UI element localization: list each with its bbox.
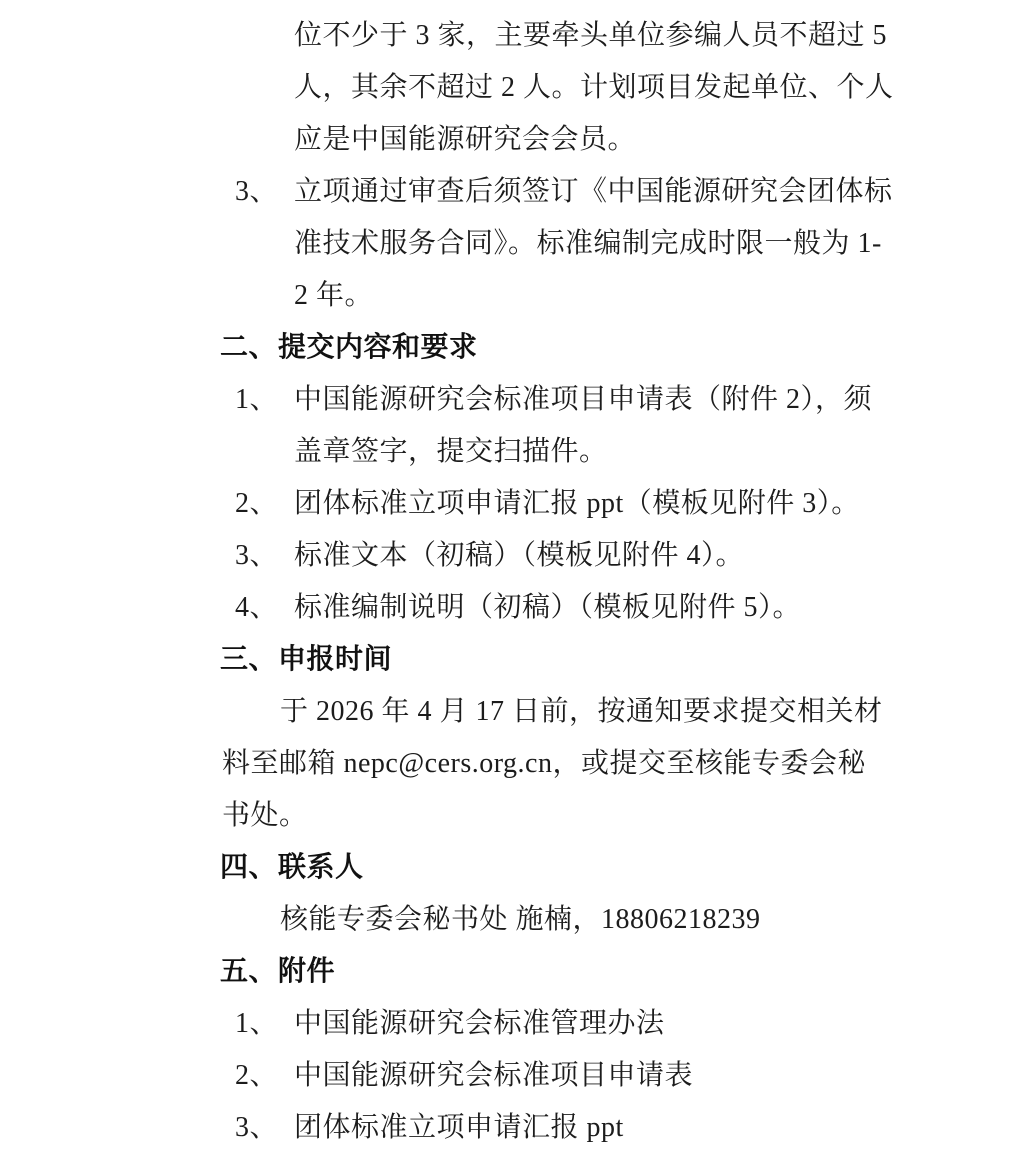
list-item-text: 团体标准立项申请汇报 ppt（模板见附件 3）。 <box>294 488 860 519</box>
attachment-number: 2、 <box>235 1050 294 1102</box>
list-item: 3、标准文本（初稿）（模板见附件 4）。 <box>0 530 1018 582</box>
attachment-number: 1、 <box>235 998 294 1050</box>
paragraph-line: 人，其余不超过 2 人。计划项目发起单位、个人 <box>0 62 1018 114</box>
paragraph-line: 位不少于 3 家，主要牵头单位参编人员不超过 5 <box>0 10 1018 62</box>
section-2-number: 二、 <box>220 322 278 374</box>
section-5-number: 五、 <box>220 946 278 998</box>
section-4-title: 联系人 <box>278 852 364 883</box>
list-item-continuation: 准技术服务合同》。标准编制完成时限一般为 1- <box>0 218 1018 270</box>
attachment-text: 中国能源研究会标准管理办法 <box>294 1008 665 1039</box>
attachment-item: 2、中国能源研究会标准项目申请表 <box>0 1050 1018 1102</box>
list-item-continuation: 2 年。 <box>0 270 1018 322</box>
attachment-number: 3、 <box>235 1102 294 1154</box>
list-item: 4、标准编制说明（初稿）（模板见附件 5）。 <box>0 582 1018 634</box>
section-5-title: 附件 <box>278 956 335 987</box>
list-item-text: 标准文本（初稿）（模板见附件 4）。 <box>294 540 744 571</box>
paragraph-line: 于 2026 年 4 月 17 日前，按通知要求提交相关材 <box>0 686 1018 738</box>
attachment-item: 1、中国能源研究会标准管理办法 <box>0 998 1018 1050</box>
attachment-text: 中国能源研究会标准项目申请表 <box>294 1060 693 1091</box>
list-item-continuation: 盖章签字，提交扫描件。 <box>0 426 1018 478</box>
attachment-text: 团体标准立项申请汇报 ppt <box>294 1112 624 1143</box>
paragraph-line: 应是中国能源研究会会员。 <box>0 114 1018 166</box>
paragraph-line: 料至邮箱 nepc@cers.org.cn，或提交至核能专委会秘 <box>0 738 1018 790</box>
list-item-number: 2、 <box>235 478 294 530</box>
document-page: 位不少于 3 家，主要牵头单位参编人员不超过 5 人，其余不超过 2 人。计划项… <box>0 0 1018 1161</box>
contact-line: 核能专委会秘书处 施楠，18806218239 <box>0 894 1018 946</box>
list-item-number: 3、 <box>235 166 294 218</box>
list-item-text: 立项通过审查后须签订《中国能源研究会团体标 <box>294 176 893 207</box>
attachment-item: 3、团体标准立项申请汇报 ppt <box>0 1102 1018 1154</box>
section-3-heading: 三、申报时间 <box>0 634 1018 686</box>
list-item-number: 3、 <box>235 530 294 582</box>
list-item: 2、团体标准立项申请汇报 ppt（模板见附件 3）。 <box>0 478 1018 530</box>
section-3-title: 申报时间 <box>278 644 392 675</box>
list-item-text: 中国能源研究会标准项目申请表（附件 2），须 <box>294 384 872 415</box>
list-item: 3、立项通过审查后须签订《中国能源研究会团体标 <box>0 166 1018 218</box>
section-2-title: 提交内容和要求 <box>278 332 478 363</box>
list-item-number: 1、 <box>235 374 294 426</box>
list-item: 1、中国能源研究会标准项目申请表（附件 2），须 <box>0 374 1018 426</box>
section-4-number: 四、 <box>220 842 278 894</box>
list-item-text: 标准编制说明（初稿）（模板见附件 5）。 <box>294 592 801 623</box>
section-4-heading: 四、联系人 <box>0 842 1018 894</box>
section-3-number: 三、 <box>220 634 278 686</box>
section-5-heading: 五、附件 <box>0 946 1018 998</box>
section-2-heading: 二、提交内容和要求 <box>0 322 1018 374</box>
paragraph-line: 书处。 <box>0 790 1018 842</box>
list-item-number: 4、 <box>235 582 294 634</box>
